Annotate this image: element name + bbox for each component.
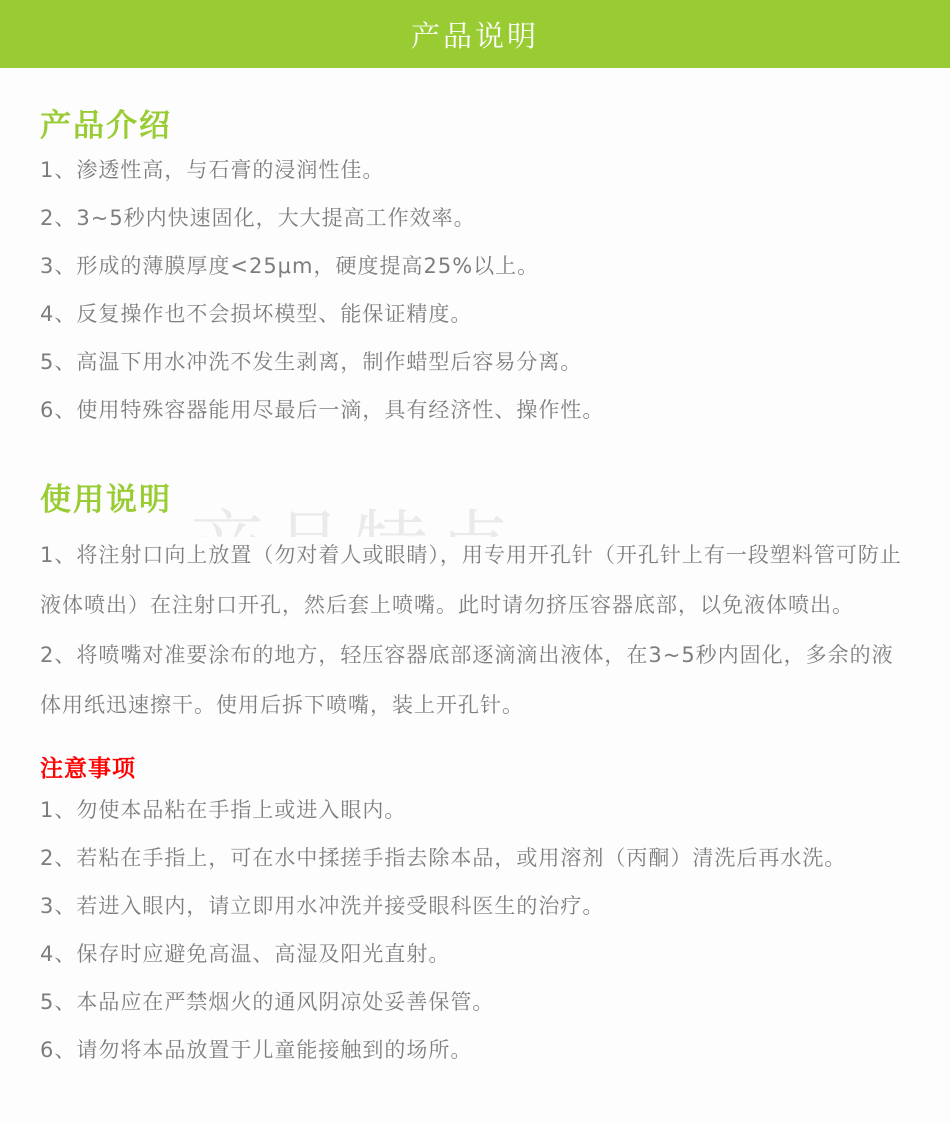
usage-paragraph-2: 2、将喷嘴对准要涂布的地方，轻压容器底部逐滴滴出液体，在3~5秒内固化，多余的液…: [40, 630, 910, 730]
usage-section-heading: 使用说明: [40, 434, 910, 520]
intro-section-heading: 产品介绍: [40, 68, 910, 146]
intro-feature-list: 1、渗透性高，与石膏的浸润性佳。 2、3~5秒内快速固化，大大提高工作效率。 3…: [40, 146, 910, 434]
precautions-section-heading: 注意事项: [40, 730, 910, 786]
product-description-content: 产品介绍 1、渗透性高，与石膏的浸润性佳。 2、3~5秒内快速固化，大大提高工作…: [0, 68, 950, 1074]
precaution-item-5: 5、本品应在严禁烟火的通风阴凉处妥善保管。: [40, 978, 910, 1026]
precautions-list: 1、勿使本品粘在手指上或进入眼内。 2、若粘在手指上，可在水中揉搓手指去除本品，…: [40, 786, 910, 1074]
page-title: 产品说明: [411, 14, 539, 55]
intro-item-1: 1、渗透性高，与石膏的浸润性佳。: [40, 146, 910, 194]
intro-item-5: 5、高温下用水冲洗不发生剥离，制作蜡型后容易分离。: [40, 338, 910, 386]
precaution-item-1: 1、勿使本品粘在手指上或进入眼内。: [40, 786, 910, 834]
precaution-item-4: 4、保存时应避免高温、高湿及阳光直射。: [40, 930, 910, 978]
title-bar: 产品说明: [0, 0, 950, 68]
precaution-item-2: 2、若粘在手指上，可在水中揉搓手指去除本品，或用溶剂（丙酮）清洗后再水洗。: [40, 834, 910, 882]
precaution-item-3: 3、若进入眼内，请立即用水冲洗并接受眼科医生的治疗。: [40, 882, 910, 930]
intro-item-6: 6、使用特殊容器能用尽最后一滴，具有经济性、操作性。: [40, 386, 910, 434]
precaution-item-6: 6、请勿将本品放置于儿童能接触到的场所。: [40, 1026, 910, 1074]
intro-item-3: 3、形成的薄膜厚度<25μm，硬度提高25%以上。: [40, 242, 910, 290]
usage-paragraph-1: 1、将注射口向上放置（勿对着人或眼睛），用专用开孔针（开孔针上有一段塑料管可防止…: [40, 530, 910, 630]
intro-item-4: 4、反复操作也不会损坏模型、能保证精度。: [40, 290, 910, 338]
intro-item-2: 2、3~5秒内快速固化，大大提高工作效率。: [40, 194, 910, 242]
